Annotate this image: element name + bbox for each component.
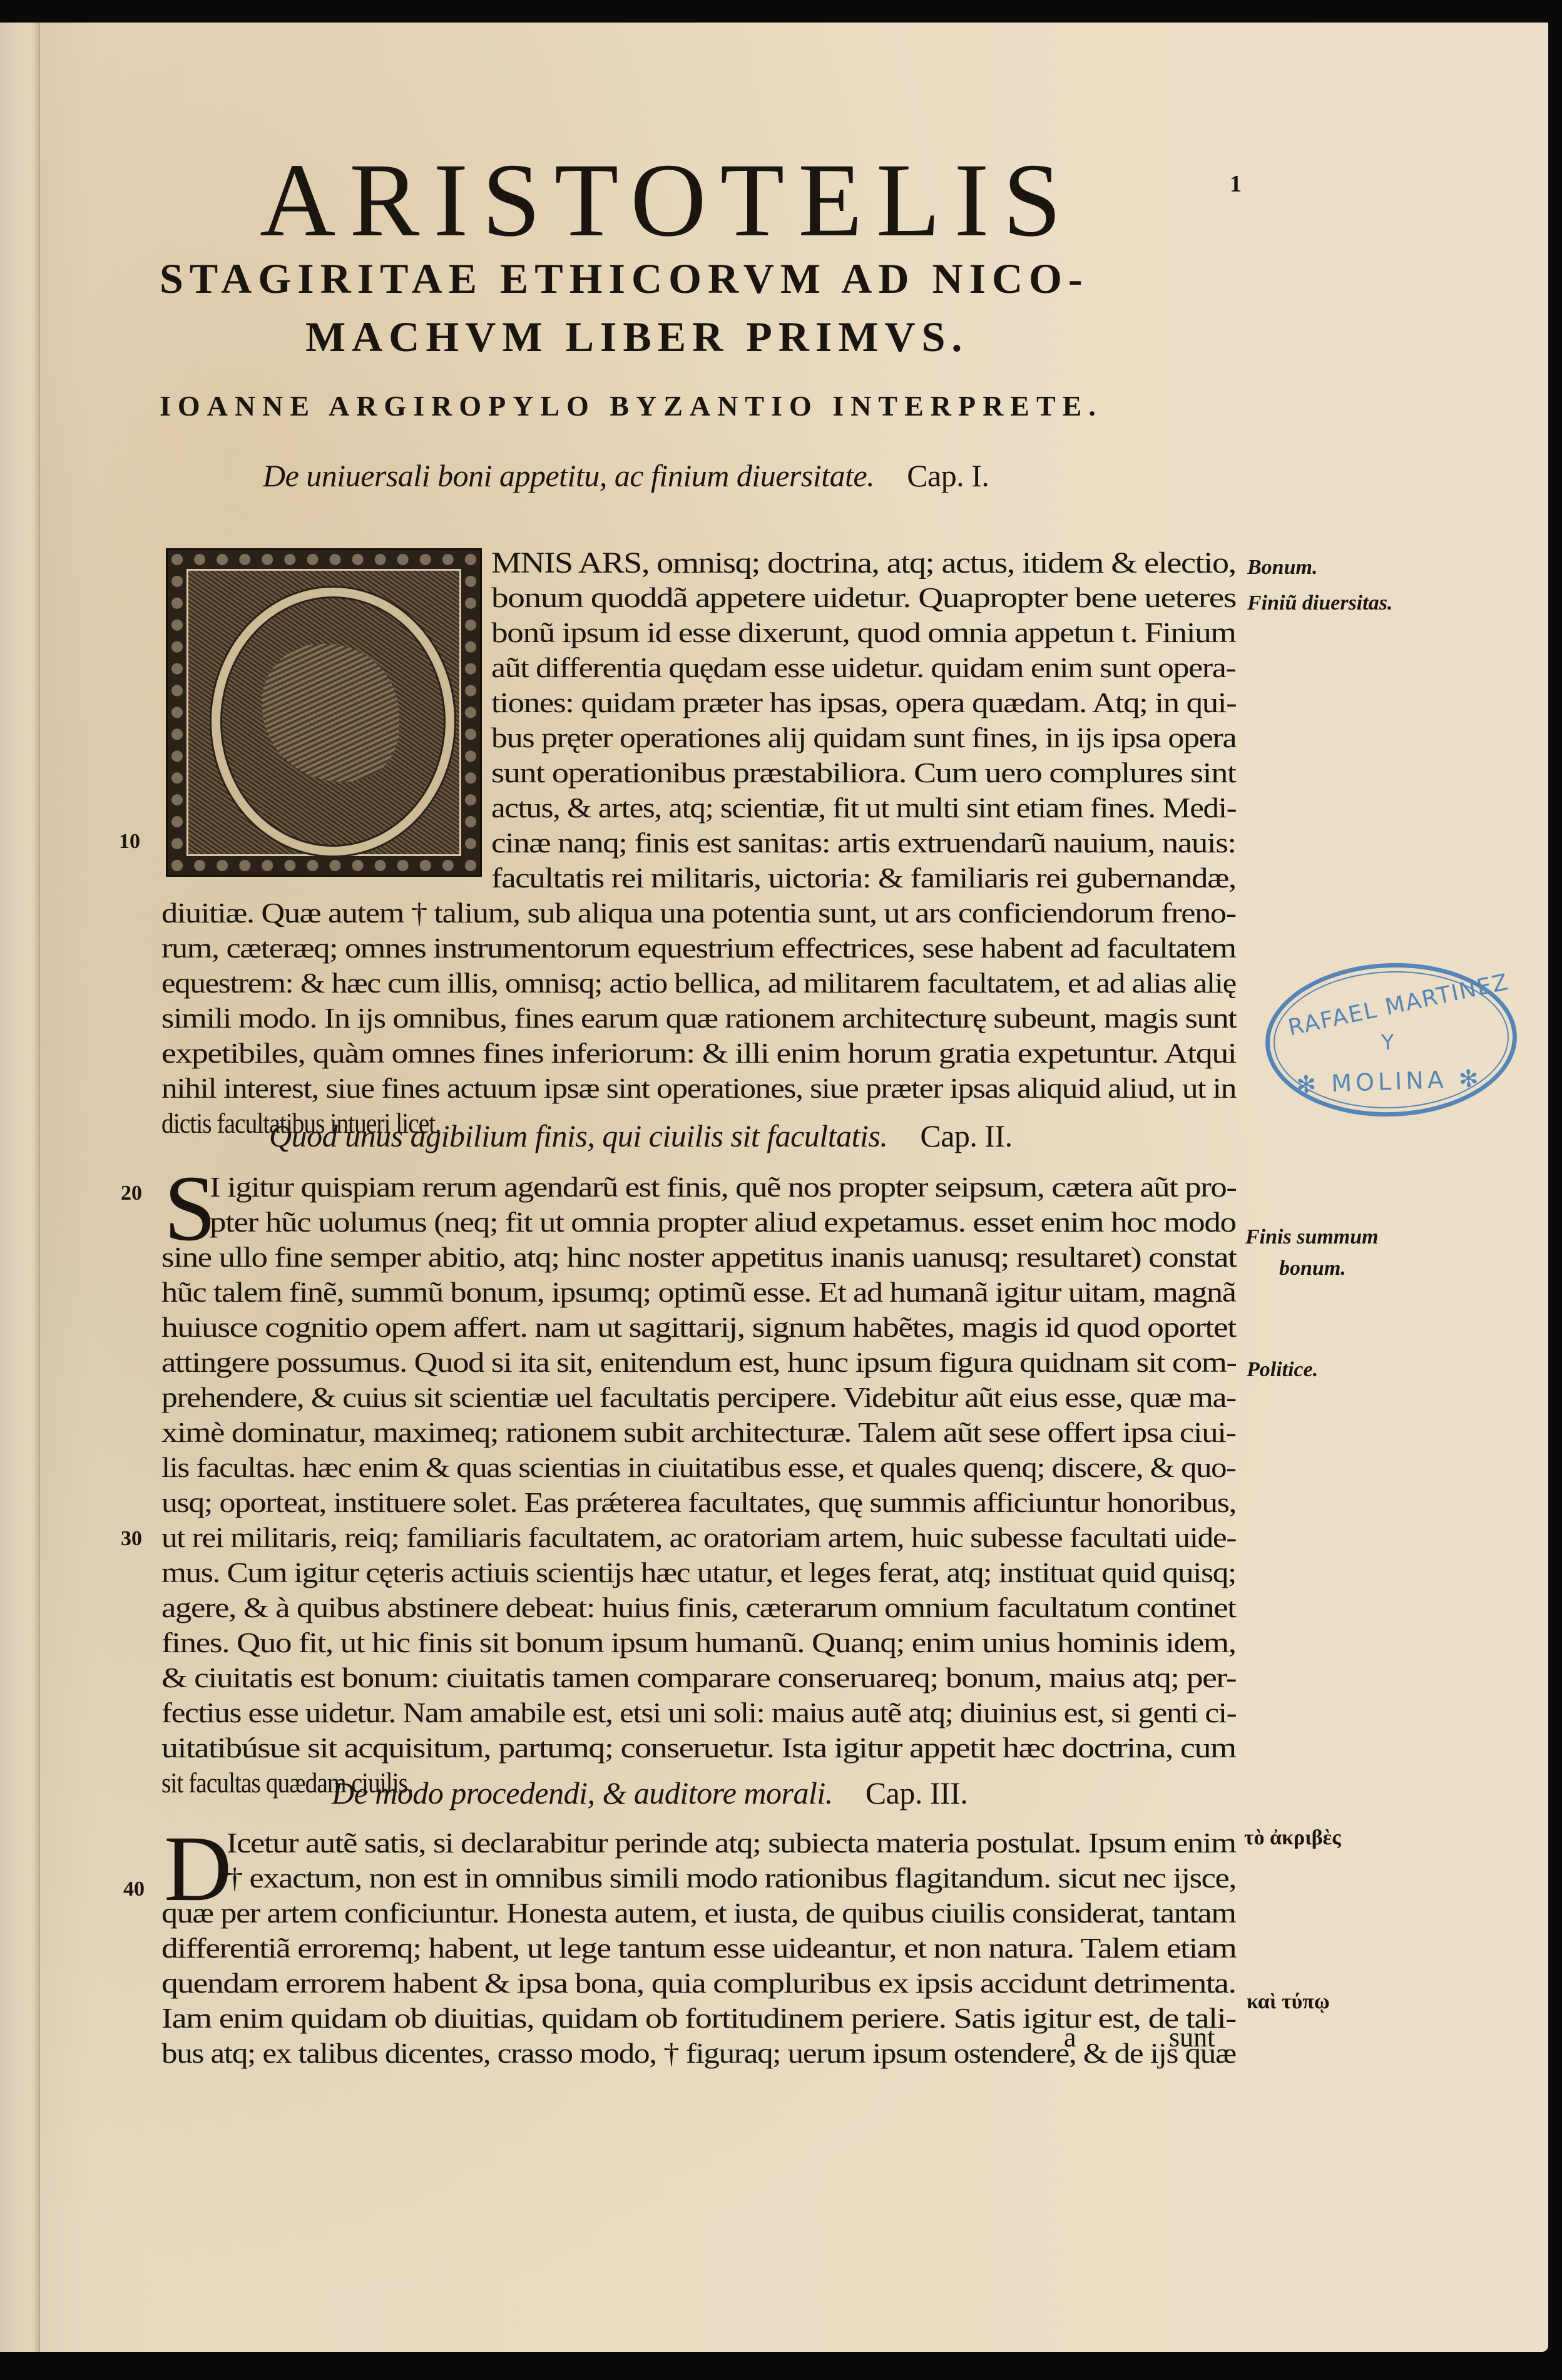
text-line: ximè dominatur, maximeq; rationem subit … [161, 1418, 1236, 1447]
margin-note-bonum-2: bonum. [1279, 1257, 1346, 1280]
text-line: agere, & à quibus abstinere debeat: huiu… [161, 1593, 1236, 1622]
text-line: facultatis rei militaris, uictoria: & fa… [491, 864, 1236, 892]
text-line: huiusce cognitio opem affert. nam ut sag… [161, 1313, 1236, 1342]
text-line: uitatibúsue sit acquisitum, partumq; con… [161, 1734, 1236, 1762]
text-line: rum, cæteræq; omnes instrumentorum eques… [161, 934, 1236, 963]
line-number-40: 40 [123, 1877, 145, 1901]
text-line: bonũ ipsum id esse dixerunt, quod omnia … [491, 618, 1236, 647]
text-line: mus. Cum igitur cęteris actiuis scientij… [161, 1558, 1236, 1587]
folio-number: 1 [1230, 170, 1242, 198]
margin-note-greek-akribes: τὸ ἀκριβὲς [1244, 1826, 1341, 1850]
text-line: bonum quoddã appetere uidetur. Quapropte… [491, 583, 1236, 612]
text-line: tiones: quidam præter has ipsas, opera q… [491, 688, 1236, 717]
margin-note-greek-kai-typo: καὶ τύπῳ [1247, 1990, 1330, 2014]
text-line: bus pręter operationes alij quidam sunt … [491, 723, 1236, 752]
chapter-title: De modo procedendi, & auditore morali. [332, 1775, 833, 1811]
text-line: & ciuitatis est bonum: ciuitatis tamen c… [161, 1663, 1236, 1692]
chapter-heading-3: De modo procedendi, & auditore morali. C… [332, 1775, 967, 1811]
text-line: diuitiæ. Quæ autem † talium, sub aliqua … [161, 899, 1236, 927]
text-line: expetibiles, quàm omnes fines inferiorum… [161, 1039, 1236, 1068]
margin-note-finis-summum: Finis summum [1245, 1225, 1379, 1249]
text-line: Icetur autẽ satis, si declarabitur perin… [227, 1829, 1236, 1857]
text-line: equestrem: & hæc cum illis, omnisq; acti… [161, 969, 1236, 998]
book-page: 1 ARISTOTELIS STAGIRITAE ETHICORVM AD NI… [0, 23, 1548, 2352]
text-line: hũc talem finẽ, summũ bonum, ipsumq; opt… [161, 1278, 1236, 1307]
margin-note-politice: Politice. [1247, 1358, 1318, 1382]
title-line-1: STAGIRITAE ETHICORVM AD NICO- [160, 257, 1089, 300]
text-line: MNIS ARS, omnisq; doctrina, atq; actus, … [491, 548, 1236, 578]
margin-note-bonum: Bonum. [1247, 556, 1317, 580]
text-line: attingere possumus. Quod si ita sit, eni… [161, 1348, 1237, 1377]
chapter-heading-2: Quod unus agibilium finis, qui ciuilis s… [269, 1118, 1013, 1154]
woodcut-initial-o [166, 548, 482, 877]
chapter-number: Cap. I. [907, 458, 989, 493]
line-number-20: 20 [121, 1182, 142, 1205]
line-number-30: 30 [121, 1527, 142, 1551]
text-line: lis facultas. hæc enim & quas scientias … [161, 1453, 1236, 1482]
stamp-name: RAFAEL MARTINEZ [1286, 969, 1511, 1041]
chapter-heading-1: De uniuersali boni appetitu, ac finium d… [263, 457, 989, 494]
text-line: quæ per artem conficiuntur. Honesta aute… [161, 1899, 1236, 1928]
text-line: sunt operationibus præstabiliora. Cum ue… [491, 758, 1236, 787]
chapter-number: Cap. II. [920, 1118, 1012, 1153]
signature-mark: a [1064, 2021, 1076, 2053]
ownership-stamp: RAFAEL MARTINEZ Y ✻ MOLINA ✻ [1263, 959, 1519, 1121]
text-line: sine ullo fine semper abitio, atq; hinc … [161, 1243, 1237, 1272]
text-line: prehendere, & cuius sit scientiæ uel fac… [161, 1383, 1236, 1412]
text-line: I igitur quispiam rerum agendarũ est fin… [210, 1173, 1236, 1202]
title-author: ARISTOTELIS [260, 148, 1075, 253]
title-line-2: MACHVM LIBER PRIMVS. [305, 315, 968, 358]
text-line: usq; oporteat, instituere solet. Eas prǽ… [161, 1488, 1236, 1517]
text-line: pter hũc uolumus (neq; fit ut omnia prop… [210, 1208, 1236, 1237]
catchword: sunt [1169, 2021, 1215, 2053]
stamp-conjunction: Y [1381, 1030, 1394, 1056]
text-line: cinæ nanq; finis est sanitas: artis extr… [491, 829, 1236, 857]
text-line: simili modo. In ijs omnibus, fines earum… [161, 1004, 1236, 1033]
translator-line: IOANNE ARGIROPYLO BYZANTIO INTERPRETE. [160, 392, 1103, 421]
stamp-surname: ✻ MOLINA ✻ [1296, 1065, 1483, 1098]
text-line: fines. Quo fit, ut hic finis sit bonum i… [161, 1628, 1236, 1657]
text-line: quendam errorem habent & ipsa bona, quia… [161, 1969, 1236, 1998]
text-line: actus, & artes, atq; scientiæ, fit ut mu… [491, 794, 1236, 822]
chapter-number: Cap. III. [865, 1775, 968, 1811]
text-line: differentiã erroremq; habent, ut lege ta… [161, 1934, 1236, 1963]
chapter-title: Quod unus agibilium finis, qui ciuilis s… [269, 1118, 887, 1153]
margin-note-finium-diuersitas: Finiũ diuersitas. [1247, 591, 1392, 615]
text-line: ut rei militaris, reiq; familiaris facul… [161, 1523, 1236, 1552]
text-line: fectius esse uidetur. Nam amabile est, e… [161, 1698, 1236, 1727]
text-line: aũt differentia quędam esse uidetur. qui… [491, 653, 1235, 682]
text-line: † exactum, non est in omnibus simili mod… [227, 1864, 1236, 1892]
binding-gutter [0, 23, 40, 2352]
text-line: nihil interest, siue fines actuum ipsæ s… [161, 1074, 1236, 1103]
line-number-10: 10 [119, 830, 140, 854]
chapter-title: De uniuersali boni appetitu, ac finium d… [263, 458, 874, 493]
